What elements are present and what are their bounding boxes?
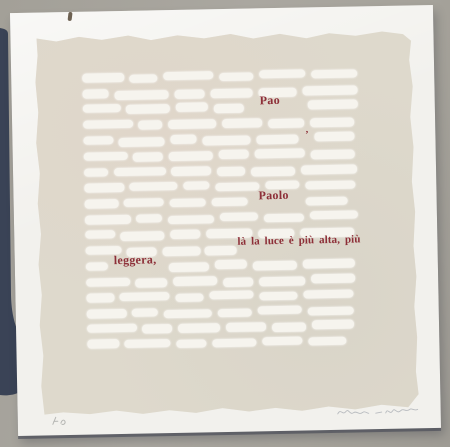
erasure-blob [301, 164, 357, 174]
erasure-blob [163, 71, 213, 80]
edition-mark-strokes [53, 417, 65, 425]
printed-word-paolo: Paolo [258, 188, 288, 204]
erasure-blob [202, 136, 250, 146]
erasure-blob [183, 181, 209, 189]
paper-edge-speck [68, 12, 73, 21]
erasure-blob [83, 136, 113, 145]
erasure-blob [83, 104, 121, 113]
erasure-blob [214, 104, 244, 114]
signature-strokes [338, 409, 418, 414]
erasure-blob [82, 89, 108, 98]
erasure-blob [262, 337, 302, 346]
erasure-blob [124, 198, 164, 207]
erasure-blob [210, 88, 252, 98]
erasure-blob [310, 118, 354, 128]
erasure-blob [306, 197, 348, 206]
erasure-blob [170, 135, 196, 144]
printed-word-pao: Pao [260, 93, 281, 108]
erasure-blob [142, 324, 172, 334]
erasure-blob [86, 278, 130, 287]
erasure-blob [168, 119, 216, 129]
erasure-blob [310, 210, 358, 219]
erasure-blob [87, 309, 127, 319]
erasure-blob [308, 307, 354, 316]
erasure-blob [314, 132, 354, 142]
erasure-blob [303, 259, 355, 269]
erasure-blob [223, 277, 253, 287]
erasure-blob [176, 339, 206, 348]
erasure-blob [219, 72, 253, 81]
erasure-blob [176, 102, 208, 112]
erasure-blob [178, 323, 220, 333]
erasure-blob [259, 276, 305, 286]
erasure-blob [308, 99, 358, 109]
erasure-blob [311, 150, 355, 160]
erasure-blob [87, 339, 119, 349]
erasure-blob [118, 137, 164, 147]
erasure-blob [212, 338, 256, 347]
erasure-blob [86, 262, 108, 270]
erasure-blob [85, 199, 119, 209]
erasure-blob [129, 74, 157, 83]
printed-red-mark: ’ [305, 129, 309, 140]
erasure-blob [173, 276, 217, 286]
erasure-blob [204, 246, 236, 256]
erasure-blob [120, 231, 164, 241]
erasure-blob [86, 293, 114, 303]
erasure-blob [170, 198, 206, 207]
erasure-blob [85, 215, 131, 225]
printed-word-leggera: leggera, [114, 252, 157, 268]
erasure-blob [218, 309, 252, 318]
erased-text-blobs [33, 29, 412, 36]
erasure-blob [259, 292, 297, 301]
erasure-blob [253, 261, 297, 271]
erasure-blob [219, 150, 249, 160]
erasure-blob [87, 324, 137, 333]
erasure-blob [175, 293, 203, 302]
erasure-blob [303, 290, 353, 299]
erasure-blob [133, 152, 163, 162]
erasure-blob [174, 89, 204, 99]
erasure-blob [312, 320, 354, 330]
edition-mark [50, 414, 70, 428]
erasure-blob [222, 118, 262, 128]
erasure-blob [258, 306, 302, 315]
erasure-blob [135, 278, 167, 288]
erasure-blob [264, 213, 304, 222]
erasure-blob [308, 337, 346, 346]
erasure-blob [119, 292, 169, 301]
erasure-blob [84, 168, 108, 176]
erasure-blob [132, 308, 158, 316]
erasure-blob [138, 120, 162, 129]
erasure-blob [255, 148, 305, 158]
erasure-blob [268, 118, 304, 128]
erasure-blob [259, 69, 305, 78]
erasure-blob [124, 339, 170, 348]
erasure-blob [84, 152, 128, 161]
erasure-blob [256, 135, 298, 145]
erasure-blob [168, 215, 214, 224]
erasure-blob [85, 230, 115, 239]
erasure-blob [164, 309, 212, 318]
erasure-blob [136, 214, 162, 222]
erasure-blob [215, 260, 247, 270]
printed-line-luce: là la luce è più alta, più [237, 233, 360, 247]
erasure-blob [169, 262, 209, 272]
erasure-blob [169, 151, 213, 161]
erasure-blob [251, 167, 295, 177]
print-square: Pao ’ Paolo là la luce è più alta, più l… [33, 29, 419, 416]
erasure-blob [311, 69, 357, 78]
erasure-blob [129, 182, 177, 191]
erasure-blob [212, 198, 248, 207]
erasure-blob [217, 167, 245, 177]
erasure-blob [84, 183, 124, 193]
erasure-blob [114, 167, 166, 176]
artwork-photo: Pao ’ Paolo là la luce è più alta, più l… [0, 0, 450, 447]
erasure-blob [170, 229, 200, 239]
artist-signature [336, 403, 422, 419]
erasure-blob [215, 182, 259, 191]
erasure-blob [305, 181, 355, 190]
erasure-blob [272, 322, 306, 332]
erasure-blob [220, 212, 258, 221]
paper-sheet: Pao ’ Paolo là la luce è più alta, più l… [10, 5, 441, 436]
erasure-blob [163, 246, 201, 256]
erasure-blob [171, 166, 211, 176]
erasure-blob [311, 274, 355, 284]
erasure-blob [83, 120, 133, 129]
erasure-blob [302, 85, 357, 95]
erasure-blob [209, 290, 253, 299]
erasure-blob [114, 90, 168, 100]
erasure-blob [226, 322, 266, 332]
erasure-blob [126, 104, 170, 114]
erasure-blob [82, 73, 124, 83]
